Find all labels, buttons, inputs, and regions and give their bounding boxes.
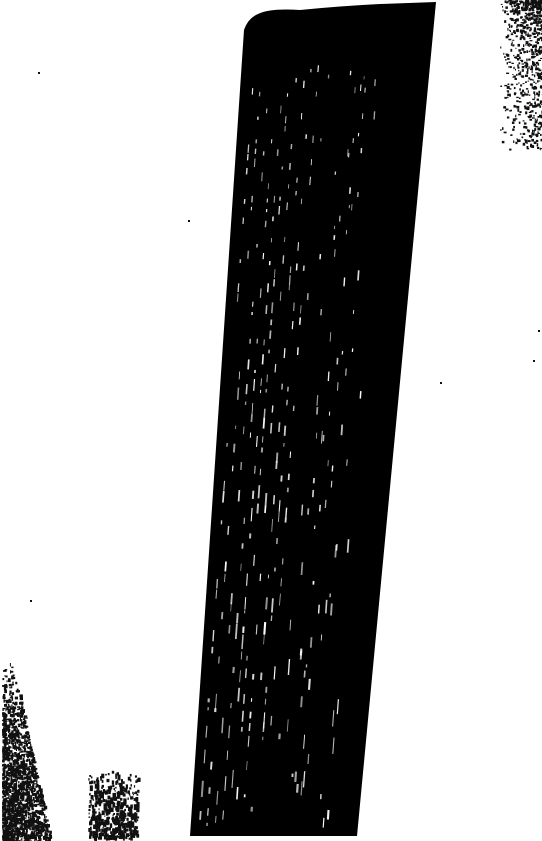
scanned-photo [0,0,542,841]
